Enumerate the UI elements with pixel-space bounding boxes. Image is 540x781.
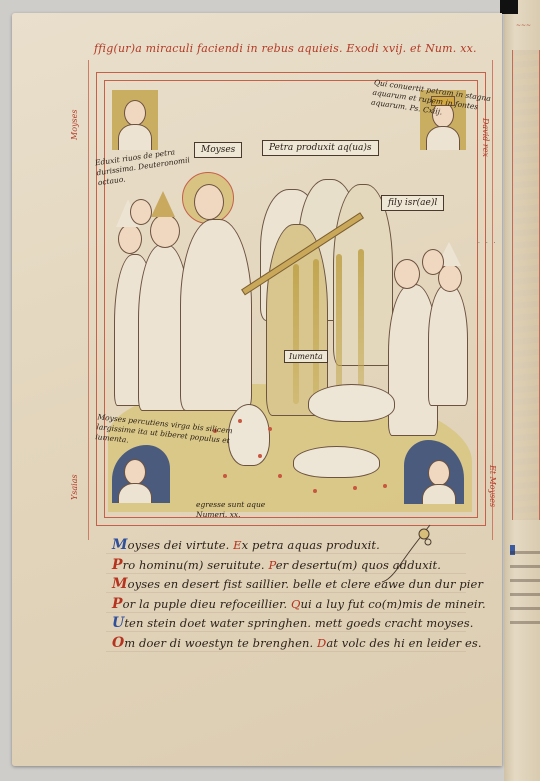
flower [313,489,317,493]
flower [238,419,242,423]
moses-robe [180,219,252,411]
flower [268,427,272,431]
verse-line: Om doer di woestyn te brenghen. Dat volc… [112,634,452,654]
figure-head [150,214,180,248]
arc-scroll-bottom-center: egresse sunt aque Numeri. xx. [196,500,276,520]
figure-head [118,224,142,254]
water-stream [313,259,319,409]
banderole-fily-israel: fily isr(ae)l [381,195,444,211]
rubric-heading: ffig(ur)a miraculi faciendi in rebus aqu… [94,42,477,55]
gold-hat [151,191,175,217]
binding-gutter [500,0,518,14]
figure-israelite [428,284,468,406]
verse-line: Por la puple dieu refoceillier. Qui a lu… [112,595,452,615]
water-stream [358,249,364,399]
ruling-line-left [88,60,89,540]
figure-head [394,259,420,289]
flower [353,486,357,490]
facing-page-text [510,540,540,670]
moses-head [194,184,224,220]
tab-marker: . . . [478,238,498,245]
medallion-moyses-prophet [112,90,158,150]
banderole-iumenta: Iumenta [284,350,328,363]
flower [258,454,262,458]
facing-page-rubric: ~~~ [516,22,540,28]
verse-line: Uten stein doet water springhen. mett go… [112,614,452,634]
water-stream [293,264,299,404]
figure-head [130,199,152,225]
flower [383,484,387,488]
figure-head [422,249,444,275]
margin-label-ysaias: Ysaias [70,474,79,500]
margin-label-et-moyses: Et Moyses [488,465,497,507]
flower [223,474,227,478]
verse-text-block: Moyses dei virtute. Ex petra aquas produ… [112,536,452,653]
facing-page-illustration [512,50,540,520]
verse-line: Moyses en desert fist saillier. belle et… [112,575,452,595]
verse-line: Moyses dei virtute. Ex petra aquas produ… [112,536,452,556]
animal-drinking [293,446,380,478]
animal-drinking [308,384,395,422]
verse-line: Pro hominu(m) seruitute. Per desertu(m) … [112,556,452,576]
margin-label-moyses: Moyses [70,110,79,140]
facing-page-edge: ~~~ [504,0,540,781]
banderole-petra: Petra produxit aq(ua)s [262,140,379,156]
flower [278,474,282,478]
